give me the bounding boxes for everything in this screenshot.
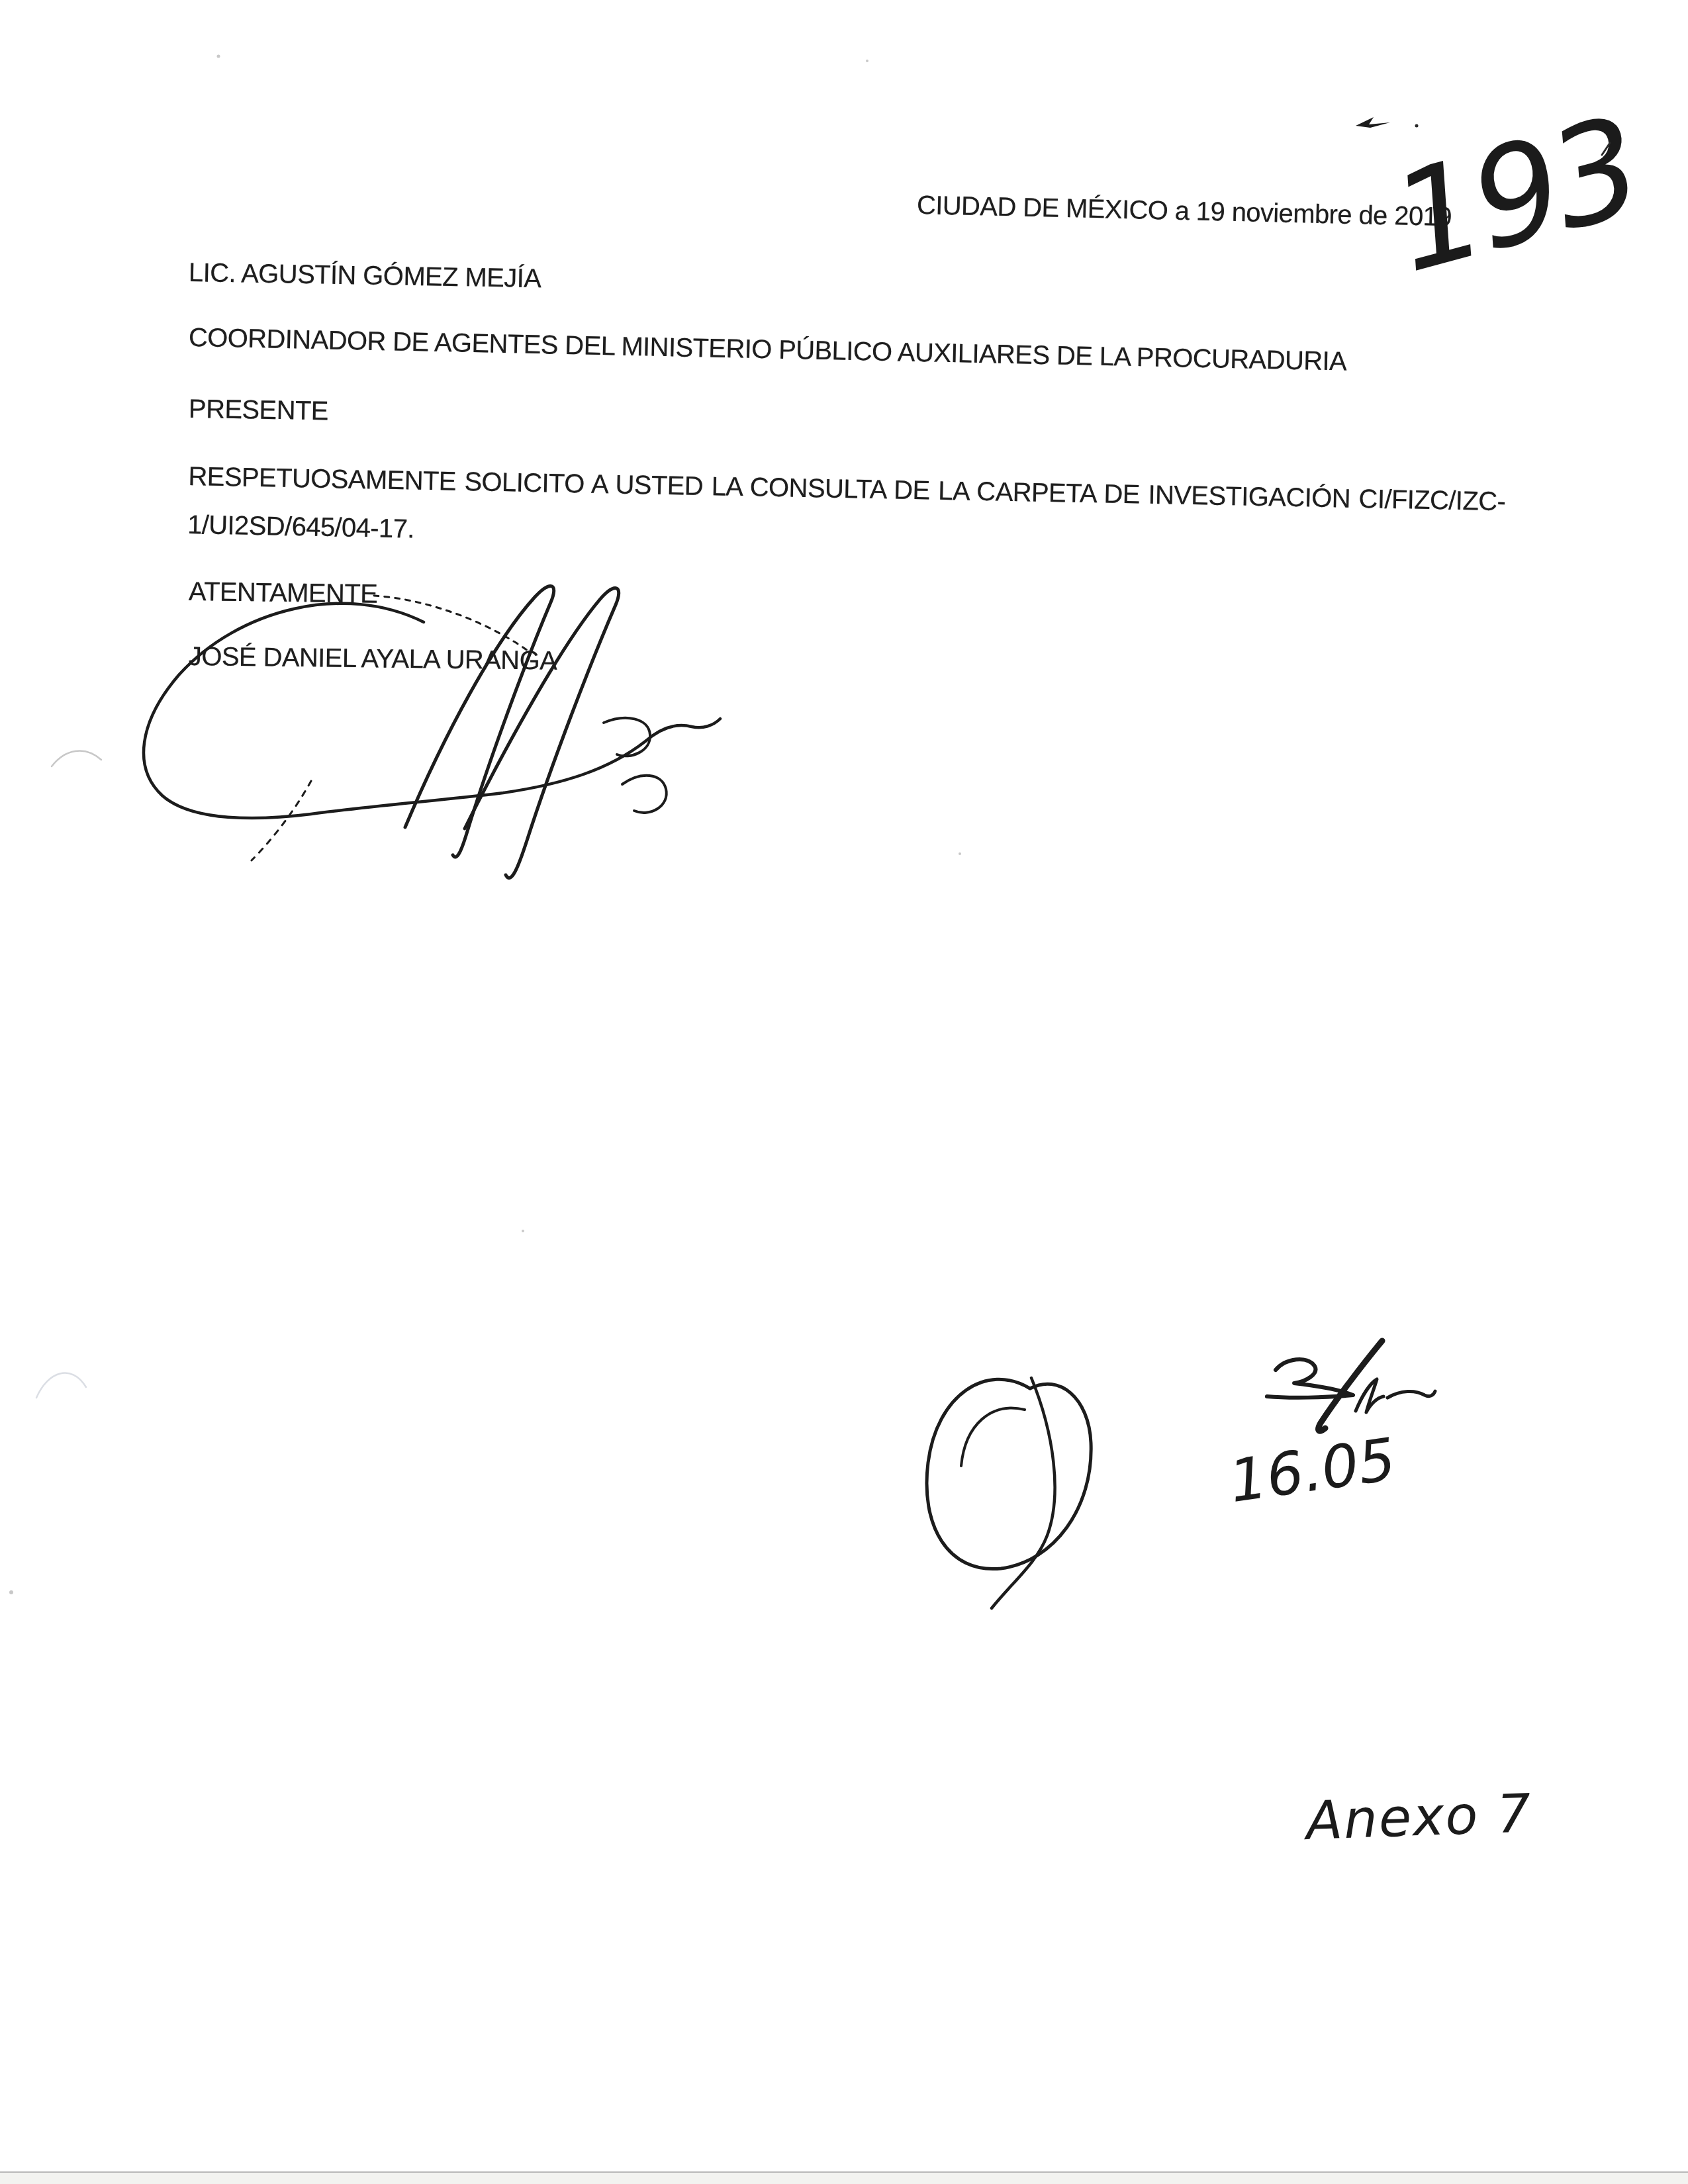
q-scribble xyxy=(927,1378,1091,1608)
scanned-letter-page: CIUDAD DE MÉXICO a 19 noviembre de 2019 … xyxy=(0,0,1688,2184)
speck xyxy=(217,55,220,58)
corner-slash-mark xyxy=(1602,143,1610,155)
scan-edge-shadow xyxy=(0,2173,1688,2184)
faint-arc-left-upper xyxy=(52,751,101,766)
pen-marks-top-right xyxy=(1356,117,1610,155)
ink-overlay xyxy=(0,0,1688,2184)
scan-specks xyxy=(9,55,961,1595)
scan-bottom-edge xyxy=(0,2171,1688,2184)
initials-hook xyxy=(1356,1379,1383,1412)
speck xyxy=(9,1590,13,1594)
signature-flourish-loop-1 xyxy=(604,718,650,756)
reviewer-initials-scribble xyxy=(1267,1341,1435,1431)
scan-edge-line xyxy=(0,2171,1688,2173)
signature-descender-dashes xyxy=(252,781,311,860)
signature-scribble xyxy=(144,586,720,878)
q-stem xyxy=(992,1378,1055,1608)
initials-tilde xyxy=(1387,1391,1435,1398)
speck xyxy=(959,852,961,855)
speck xyxy=(522,1230,524,1232)
faint-arc-marks xyxy=(36,751,101,1398)
signature-dotted-entry xyxy=(374,596,530,652)
signature-tall-loop-a xyxy=(405,586,554,857)
signature-tall-loop-b xyxy=(465,588,619,878)
signature-main-loop-and-wave xyxy=(144,604,720,818)
faint-arc-left-lower xyxy=(36,1373,86,1398)
q-inner-arc xyxy=(961,1408,1025,1466)
arrow-ink-blot xyxy=(1356,117,1390,128)
initials-slash xyxy=(1318,1341,1382,1431)
speck xyxy=(866,60,868,62)
ink-dot xyxy=(1415,124,1419,128)
signature-flourish-loop-2 xyxy=(622,776,667,813)
